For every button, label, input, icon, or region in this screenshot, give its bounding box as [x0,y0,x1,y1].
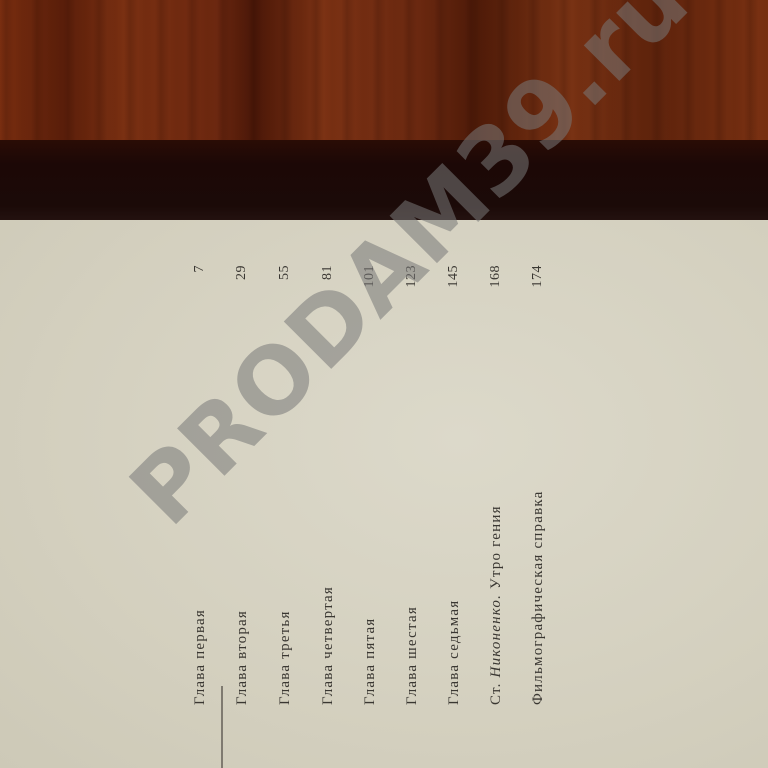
author-prefix: Ст. [488,677,504,705]
toc-entry-page: 29 [234,265,250,280]
toc-entry-title: Глава седьмая [446,600,463,705]
toc-entry-title: Глава шестая [404,606,421,705]
toc-entry-page: 55 [277,265,293,280]
author-name: Никоненко. [488,594,504,678]
essay-title: Утро гения [488,505,504,594]
toc-entry-title: Глава пятая [362,618,379,705]
toc-entry-title: Глава четвертая [320,586,337,705]
toc-entry-title: Ст. Никоненко. Утро гения [488,505,505,705]
toc-entry-page: 7 [192,265,208,273]
toc-entry-title: Глава первая [192,609,209,705]
toc-entry-page: 174 [530,265,546,288]
toc-entry: Фильмографическая справка 174 [528,265,548,705]
toc-entry-title: Глава вторая [234,610,251,705]
toc-entry: Глава седьмая 145 [444,265,464,705]
toc-entry: Ст. Никоненко. Утро гения 168 [486,265,506,705]
toc-entry-page: 168 [488,265,504,288]
toc-entry-title: Глава третья [277,610,294,705]
toc-entry-title: Фильмографическая справка [530,491,547,706]
page-rule-line [221,686,223,768]
toc-entry: Глава шестая 123 [402,265,422,705]
